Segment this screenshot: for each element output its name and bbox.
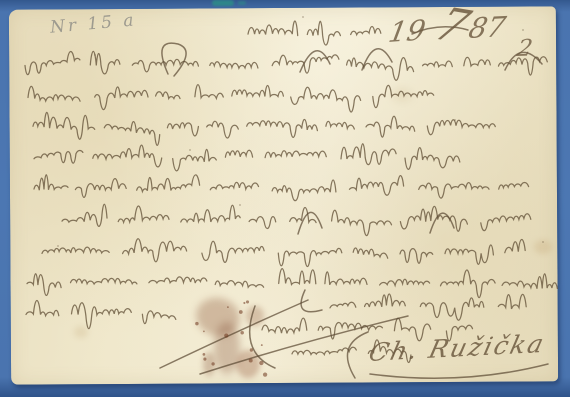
teal-mark-small — [238, 1, 246, 5]
postcard-paper — [9, 6, 558, 384]
date-day: 19 — [386, 14, 428, 49]
teal-mark — [212, 0, 234, 6]
date-year-a: 87 — [466, 10, 509, 45]
scanned-postcard-photo: { "page": { "kind": "scan of a handwritt… — [0, 0, 570, 397]
